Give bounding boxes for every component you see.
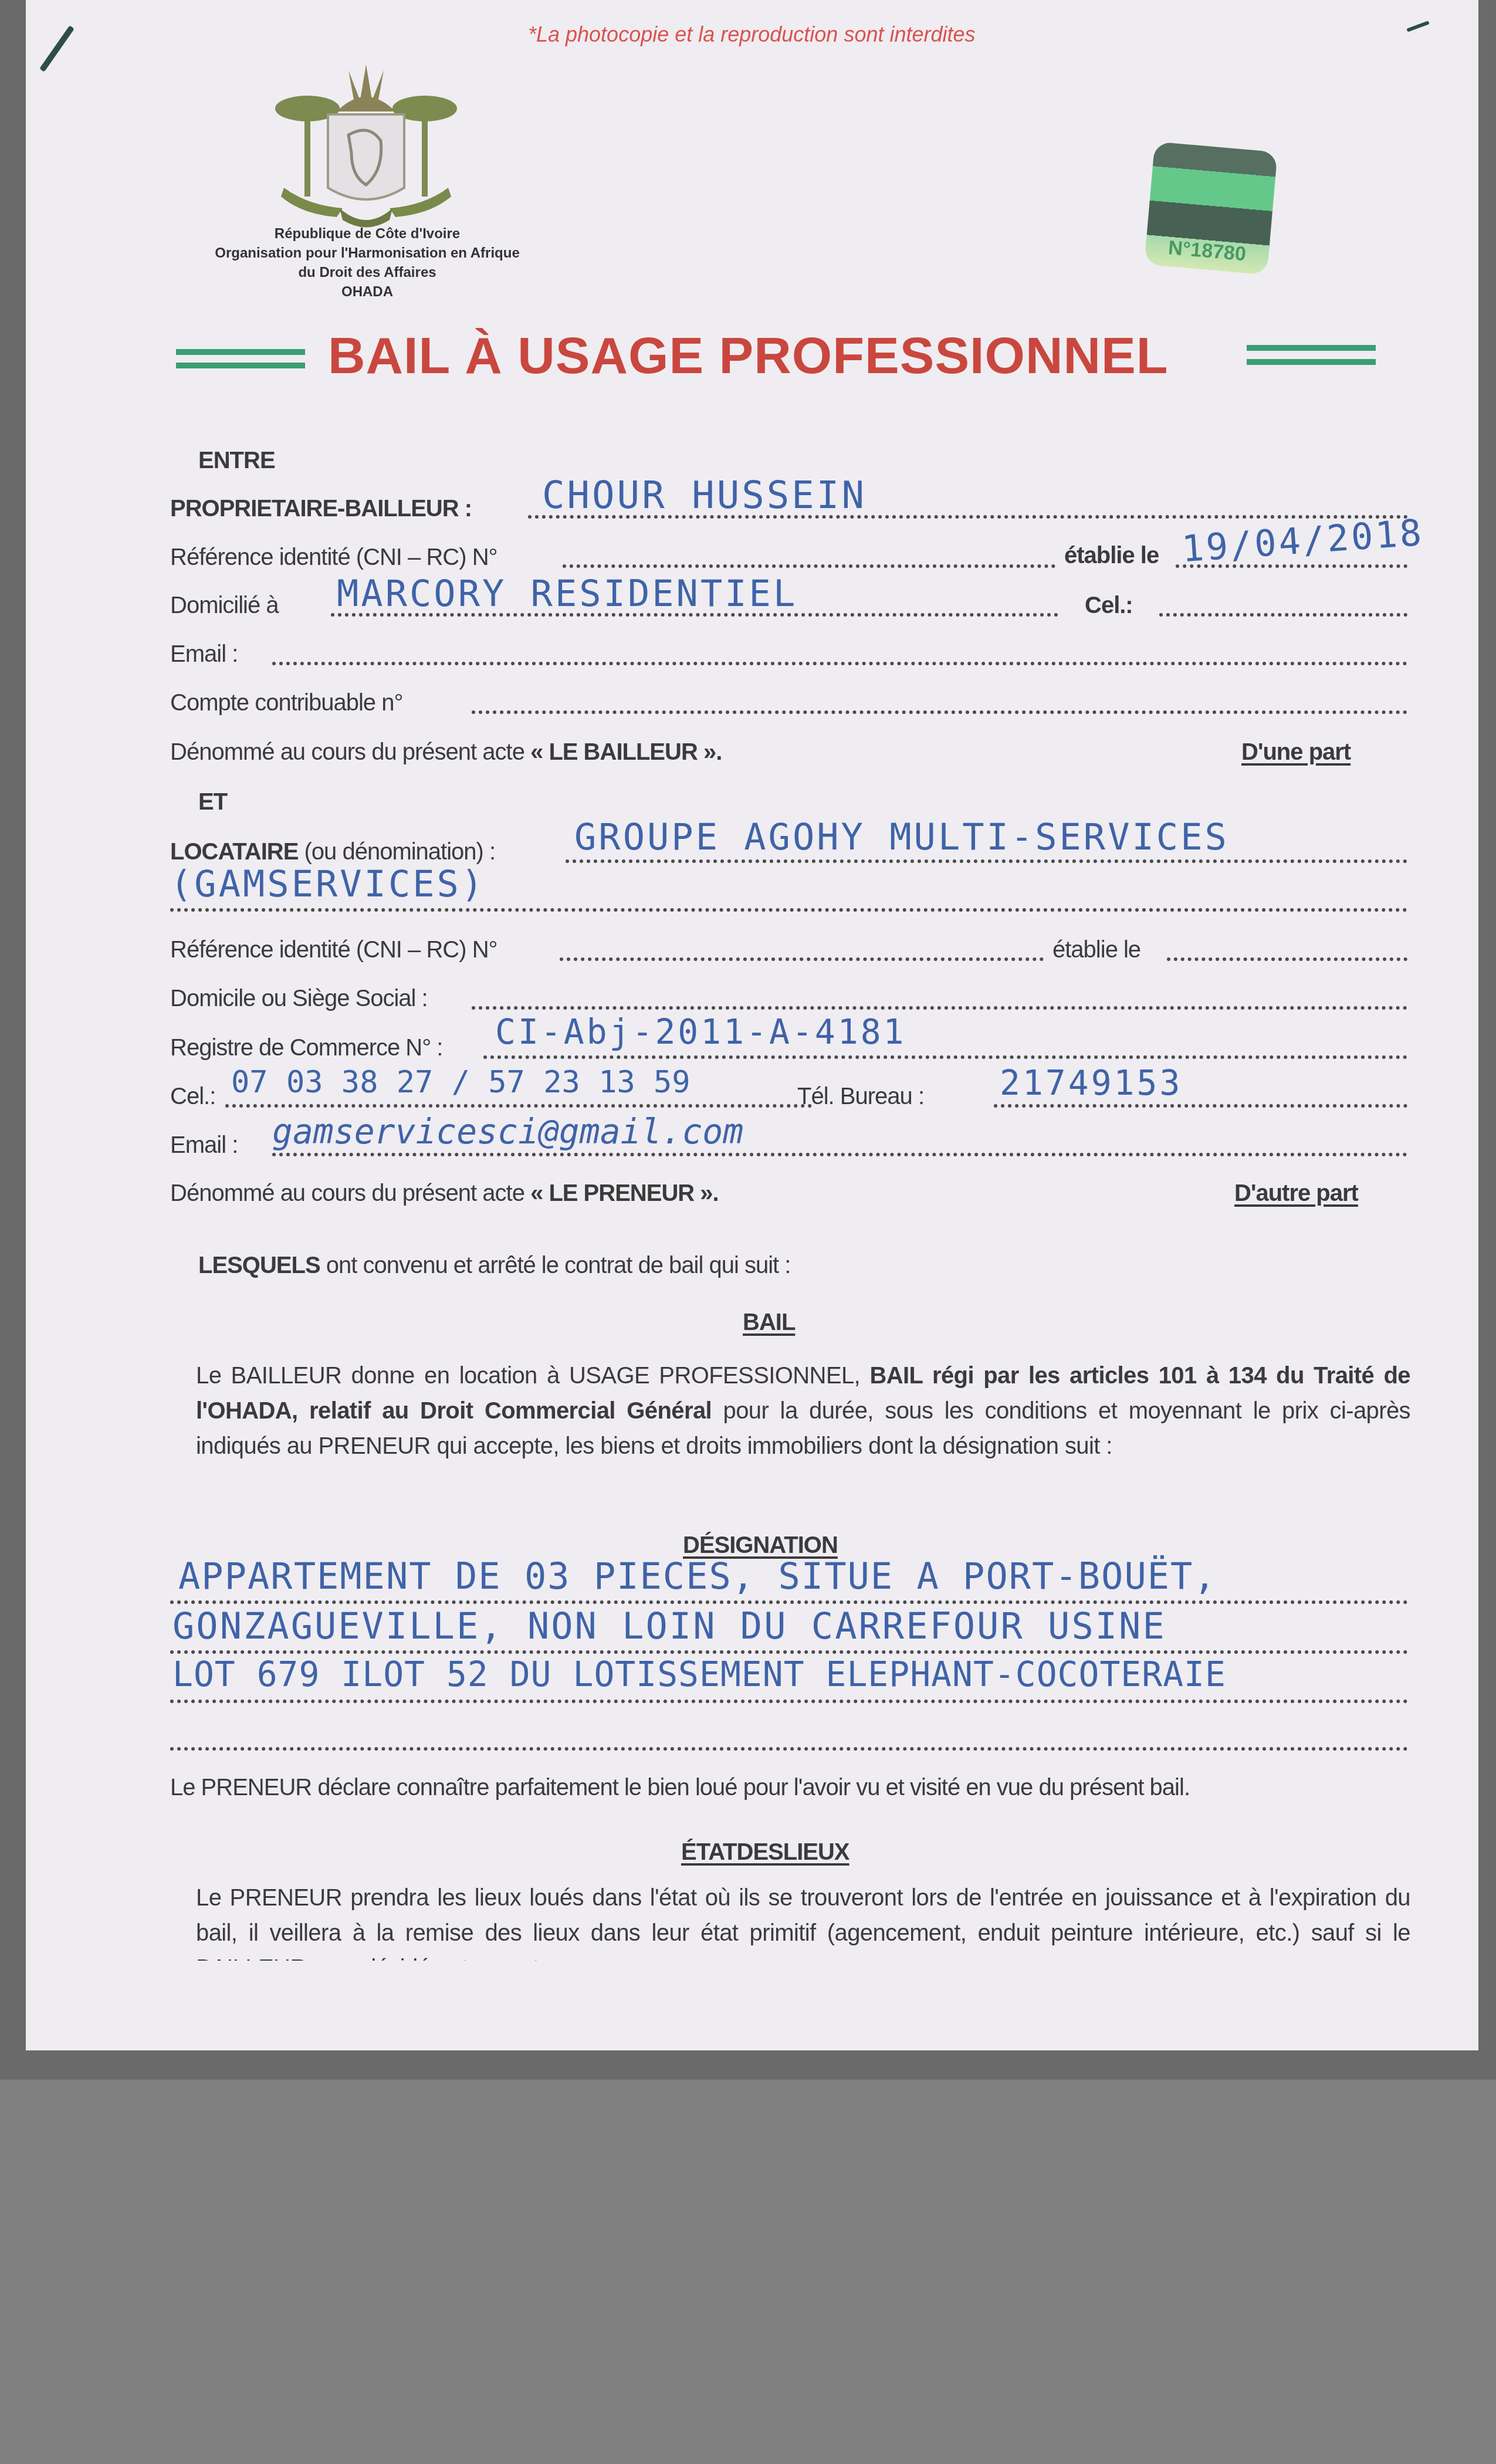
designation-line: [170, 1600, 1408, 1604]
owner-tax-field[interactable]: [472, 710, 1407, 714]
title-bar-right: [1247, 359, 1376, 365]
d-autre-part: D'autre part: [1234, 1180, 1358, 1207]
tenant-cel-label: Cel.:: [170, 1084, 215, 1110]
tenant-email-label: Email :: [170, 1132, 238, 1159]
title-bar-right: [1247, 345, 1376, 351]
title-bar-left: [176, 363, 305, 368]
owner-named-as: Dénommé au cours du présent acte « LE BA…: [170, 739, 722, 766]
d-une-part: D'une part: [1241, 739, 1351, 766]
header-caption-line: OHADA: [162, 284, 573, 300]
owner-tax-label: Compte contribuable n°: [170, 690, 402, 716]
tenant-issued-field[interactable]: [1167, 957, 1407, 961]
header-caption-line: du Droit des Affaires: [162, 265, 573, 281]
tenant-field-line: [170, 908, 1407, 912]
owner-email-label: Email :: [170, 641, 238, 668]
tenant-rc-label: Registre de Commerce N° :: [170, 1035, 442, 1061]
tenant-field-line: [566, 859, 1407, 863]
document-title: BAIL À USAGE PROFESSIONNEL: [328, 326, 1169, 385]
owner-issued-label: établie le: [1064, 543, 1159, 569]
tenant-domicile-field[interactable]: [472, 1006, 1407, 1010]
header-caption-line: République de Côte d'Ivoire: [162, 226, 573, 242]
declaration-text: Le PRENEUR déclare connaître parfaitemen…: [170, 1775, 1190, 1801]
tenant-cel-line: [225, 1104, 812, 1108]
tenant-rc-line: [483, 1055, 1407, 1059]
designation-field-line2[interactable]: GONZAGUEVILLE, NON LOIN DU CARREFOUR USI…: [172, 1605, 1166, 1647]
tenant-tel-line: [994, 1104, 1407, 1108]
tenant-label-bold: LOCATAIRE: [170, 839, 298, 865]
owner-domicile-label: Domicilié à: [170, 593, 279, 619]
owner-issued-field[interactable]: 19/04/2018: [1180, 511, 1425, 571]
bail-heading: BAIL: [743, 1309, 795, 1336]
tenant-field-line1[interactable]: GROUPE AGOHY MULTI-SERVICES: [574, 815, 1229, 858]
designation-line: [170, 1700, 1408, 1703]
named-as-prefix: Dénommé au cours du présent acte: [170, 739, 530, 765]
bail-paragraph: Le BAILLEUR donne en location à USAGE PR…: [196, 1358, 1410, 1464]
intro-bold: LESQUELS: [198, 1253, 320, 1278]
coat-of-arms-icon: [272, 59, 460, 229]
tenant-label: LOCATAIRE (ou dénomination) :: [170, 839, 495, 865]
fiscal-stamp-number: N°18780: [1145, 235, 1270, 268]
named-as-bailleur: « LE BAILLEUR ».: [530, 739, 722, 765]
document-page: *La photocopie et la reproduction sont i…: [26, 0, 1478, 2050]
tenant-domicile-label: Domicile ou Siège Social :: [170, 986, 428, 1012]
tenant-email-field[interactable]: gamservicesci@gmail.com: [272, 1112, 743, 1152]
owner-cel-label: Cel.:: [1085, 593, 1133, 619]
owner-id-field[interactable]: [563, 564, 1055, 568]
tenant-tel-field[interactable]: 21749153: [1000, 1063, 1182, 1103]
tenant-id-field[interactable]: [560, 957, 1044, 961]
designation-field-line1[interactable]: APPARTEMENT DE 03 PIECES, SITUE A PORT-B…: [178, 1555, 1217, 1597]
tenant-rc-field[interactable]: CI-Abj-2011-A-4181: [495, 1012, 906, 1052]
section-entre: ENTRE: [198, 448, 275, 474]
tenant-label-rest: (ou dénomination) :: [298, 839, 495, 865]
intro-rest: ont convenu et arrêté le contrat de bail…: [320, 1253, 791, 1278]
owner-cel-field[interactable]: [1159, 613, 1407, 617]
tenant-tel-label: Tél. Bureau :: [797, 1084, 924, 1110]
tenant-field-line2[interactable]: (GAMSERVICES): [170, 862, 485, 905]
designation-field-line3[interactable]: LOT 679 ILOT 52 DU LOTISSEMENT ELEPHANT-…: [172, 1654, 1226, 1694]
owner-email-field[interactable]: [272, 662, 1407, 665]
contract-intro: LESQUELS ont convenu et arrêté le contra…: [198, 1253, 790, 1279]
title-bar-left: [176, 349, 305, 355]
fiscal-stamp: N°18780: [1144, 141, 1278, 275]
owner-domicile-field[interactable]: MARCORY RESIDENTIEL: [337, 572, 797, 615]
etat-des-lieux-heading: ÉTATDESLIEUX: [681, 1839, 849, 1866]
designation-line[interactable]: [170, 1747, 1408, 1751]
bail-paragraph-part: Le BAILLEUR donne en location à USAGE PR…: [196, 1363, 869, 1389]
section-et: ET: [198, 789, 227, 815]
page-cut-mask: [26, 1961, 1478, 2050]
etat-des-lieux-paragraph: Le PRENEUR prendra les lieux loués dans …: [196, 1880, 1410, 1968]
owner-id-label: Référence identité (CNI – RC) N°: [170, 544, 497, 571]
tenant-issued-label: établie le: [1052, 937, 1140, 963]
checkmark-icon: [1406, 21, 1430, 32]
reproduction-notice: *La photocopie et la reproduction sont i…: [528, 22, 976, 47]
tenant-id-label: Référence identité (CNI – RC) N°: [170, 937, 497, 963]
tenant-email-line: [272, 1153, 1407, 1156]
owner-field[interactable]: CHOUR HUSSEIN: [542, 474, 867, 517]
header-caption-line: Organisation pour l'Harmonisation en Afr…: [162, 245, 573, 262]
tenant-named-as: Dénommé au cours du présent acte « LE PR…: [170, 1180, 719, 1207]
tenant-cel-field[interactable]: 07 03 38 27 / 57 23 13 59: [231, 1065, 691, 1100]
owner-label: PROPRIETAIRE-BAILLEUR :: [170, 496, 472, 522]
named-as-prefix: Dénommé au cours du présent acte: [170, 1180, 530, 1206]
designation-line: [170, 1650, 1408, 1654]
named-as-preneur: « LE PRENEUR ».: [530, 1180, 719, 1206]
checkmark-icon: [39, 25, 75, 72]
